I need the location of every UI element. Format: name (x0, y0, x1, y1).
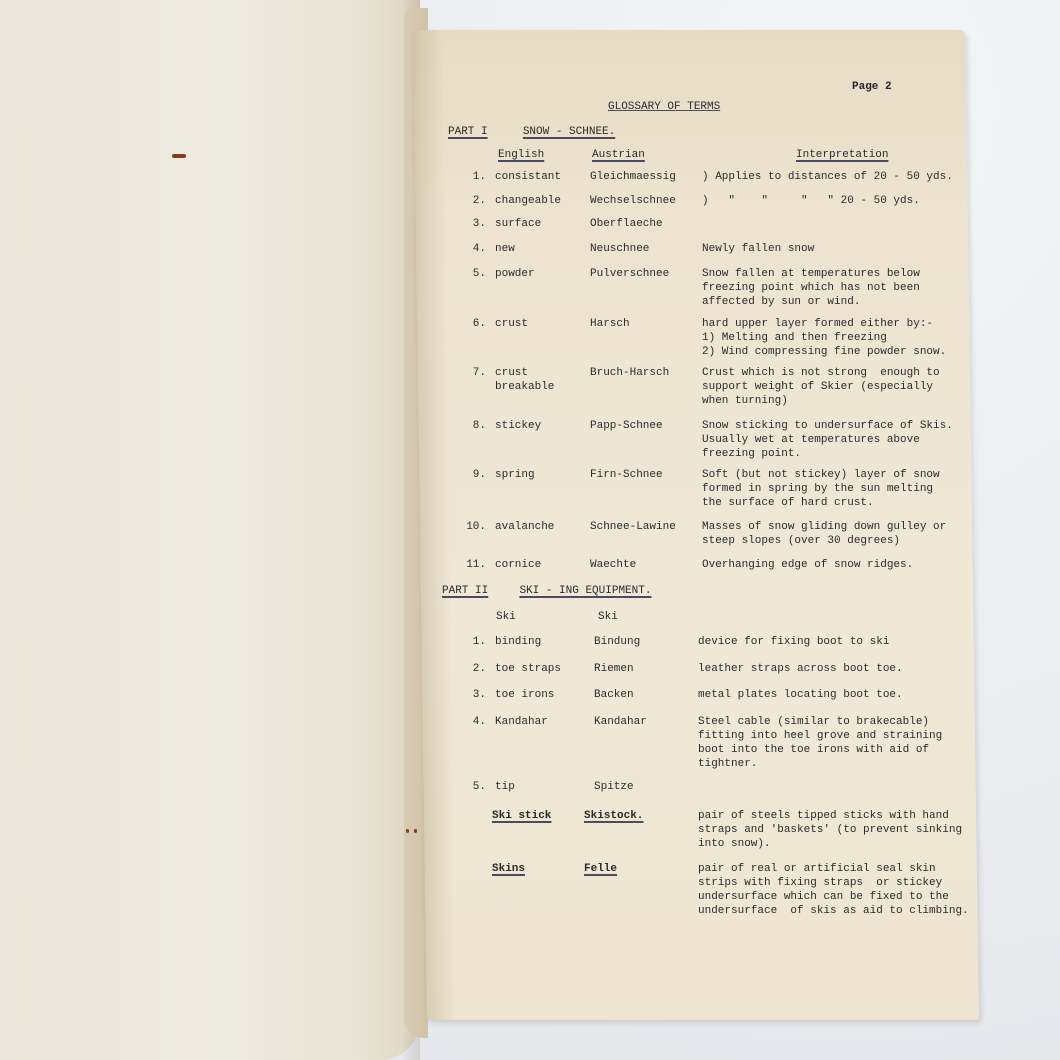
austrian-term: Schnee-Lawine (590, 520, 676, 534)
interpretation: Masses of snow gliding down gulley or st… (702, 520, 946, 548)
column-english-ski: Ski (496, 610, 516, 624)
english-term: Skins (492, 862, 525, 876)
column-austrian-ski: Ski (598, 610, 618, 624)
entry-number: 9. (456, 468, 486, 482)
left-page (0, 0, 420, 1060)
entry-number: 2. (456, 194, 486, 208)
austrian-term: Bruch-Harsch (590, 366, 669, 380)
english-term: spring (495, 468, 535, 482)
column-austrian: Austrian (592, 148, 645, 162)
interpretation: ) " " " " 20 - 50 yds. (702, 194, 920, 208)
interpretation: Snow fallen at temperatures below freezi… (702, 267, 920, 309)
part2-label: PART II (442, 585, 488, 597)
entry-number: 7. (456, 366, 486, 380)
austrian-term: Felle (584, 862, 617, 876)
entry-number: 5. (456, 267, 486, 281)
interpretation: Newly fallen snow (702, 242, 814, 256)
austrian-term: Gleichmaessig (590, 170, 676, 184)
part1-heading: PART I SNOW - SCHNEE. (448, 125, 615, 139)
ink-stain (414, 829, 417, 833)
entry-number: 8. (456, 419, 486, 433)
interpretation: Snow sticking to undersurface of Skis. U… (702, 419, 953, 461)
austrian-term: Riemen (594, 662, 634, 676)
austrian-term: Bindung (594, 635, 640, 649)
austrian-term: Pulverschnee (590, 267, 669, 281)
interpretation: Crust which is not strong enough to supp… (702, 366, 940, 408)
interpretation: Soft (but not stickey) layer of snow for… (702, 468, 940, 510)
entry-number: 5. (456, 780, 486, 794)
entry-number: 2. (456, 662, 486, 676)
austrian-term: Wechselschnee (590, 194, 676, 208)
english-term: stickey (495, 419, 541, 433)
interpretation: hard upper layer formed either by:- 1) M… (702, 317, 946, 359)
ink-stain (406, 829, 409, 833)
page-number: Page 2 (852, 80, 892, 94)
interpretation: pair of steels tipped sticks with hand s… (698, 809, 962, 851)
interpretation: Overhanging edge of snow ridges. (702, 558, 913, 572)
ink-stain (172, 154, 186, 158)
austrian-term: Harsch (590, 317, 630, 331)
entry-number: 1. (456, 170, 486, 184)
column-english: English (498, 148, 544, 162)
entry-number: 3. (456, 688, 486, 702)
column-interpretation: Interpretation (796, 148, 888, 162)
english-term: new (495, 242, 515, 256)
english-term: consistant (495, 170, 561, 184)
english-term: avalanche (495, 520, 554, 534)
part2-title: SKI - ING EQUIPMENT. (519, 585, 651, 597)
austrian-term: Papp-Schnee (590, 419, 663, 433)
entry-number: 10. (456, 520, 486, 534)
austrian-term: Backen (594, 688, 634, 702)
part1-title: SNOW - SCHNEE. (523, 126, 615, 138)
english-term: powder (495, 267, 535, 281)
interpretation: metal plates locating boot toe. (698, 688, 903, 702)
part1-label: PART I (448, 126, 488, 138)
english-term: tip (495, 780, 515, 794)
interpretation: ) Applies to distances of 20 - 50 yds. (702, 170, 953, 184)
page-title: GLOSSARY OF TERMS (608, 100, 720, 114)
austrian-term: Spitze (594, 780, 634, 794)
interpretation: Steel cable (similar to brakecable) fitt… (698, 715, 942, 771)
english-term: changeable (495, 194, 561, 208)
interpretation: leather straps across boot toe. (698, 662, 903, 676)
entry-number: 6. (456, 317, 486, 331)
english-term: crust breakable (495, 366, 554, 394)
part2-heading: PART II SKI - ING EQUIPMENT. (442, 584, 651, 598)
interpretation: pair of real or artificial seal skin str… (698, 862, 969, 918)
english-term: cornice (495, 558, 541, 572)
austrian-term: Kandahar (594, 715, 647, 729)
interpretation: device for fixing boot to ski (698, 635, 889, 649)
entry-number: 11. (456, 558, 486, 572)
english-term: Kandahar (495, 715, 548, 729)
english-term: toe straps (495, 662, 561, 676)
entry-number: 4. (456, 715, 486, 729)
english-term: crust (495, 317, 528, 331)
austrian-term: Neuschnee (590, 242, 649, 256)
entry-number: 1. (456, 635, 486, 649)
english-term: toe irons (495, 688, 554, 702)
english-term: Ski stick (492, 809, 551, 823)
austrian-term: Oberflaeche (590, 217, 663, 231)
austrian-term: Firn-Schnee (590, 468, 663, 482)
austrian-term: Skistock. (584, 809, 643, 823)
entry-number: 4. (456, 242, 486, 256)
austrian-term: Waechte (590, 558, 636, 572)
entry-number: 3. (456, 217, 486, 231)
english-term: binding (495, 635, 541, 649)
english-term: surface (495, 217, 541, 231)
